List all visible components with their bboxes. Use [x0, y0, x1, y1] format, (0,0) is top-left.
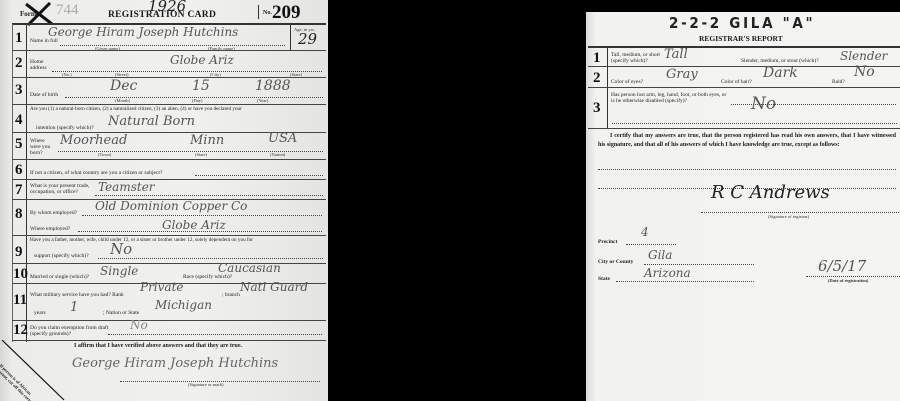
employment-place-value: Globe Ariz: [162, 218, 226, 232]
marital-status-value: Single: [100, 264, 138, 278]
registration-card: Form 744 1926 REGISTRATION CARD No. 209 …: [0, 0, 328, 401]
birth-year: 1888: [255, 78, 291, 94]
military-rank-value: Private: [140, 280, 184, 294]
report-title: REGISTRAR'S REPORT: [699, 34, 783, 43]
birthplace-town: Moorhead: [60, 133, 127, 148]
serial-number: 744: [56, 2, 79, 19]
affirmation-text: I affirm that I have verified above answ…: [74, 343, 242, 349]
name-value: George Hiram Joseph Hutchins: [48, 25, 238, 39]
state-value: Arizona: [644, 266, 691, 280]
dependents-value: No: [110, 240, 132, 258]
precinct-value: 4: [641, 225, 649, 239]
number-prefix: No.: [263, 10, 272, 16]
military-state-value: Michigan: [155, 298, 212, 312]
birth-month: Dec: [110, 78, 137, 94]
county-value: Gila: [648, 248, 672, 262]
build-value: Slender: [840, 49, 887, 63]
registration-date: 6/5/17: [818, 257, 866, 275]
citizenship-value: Natural Born: [108, 114, 195, 129]
birthplace-nation: USA: [268, 131, 297, 146]
bald-value: No: [854, 64, 875, 80]
card-title: REGISTRATION CARD: [108, 10, 216, 20]
employer-value: Old Dominion Copper Co: [95, 199, 247, 213]
height-value: Tall: [664, 47, 688, 62]
exemption-value: No: [130, 318, 148, 332]
birth-day: 15: [192, 78, 210, 94]
occupation-value: Teamster: [98, 180, 155, 194]
certification-text: I certify that my answers are true, that…: [598, 132, 896, 149]
military-years-value: 1: [70, 300, 78, 315]
home-address-value: Globe Ariz: [170, 53, 234, 67]
military-branch-value: Natl Guard: [240, 280, 308, 294]
district-stamp: 2-2-2 GILA "A": [669, 14, 815, 32]
age-value: 29: [298, 30, 317, 48]
registrars-report-card: 2-2-2 GILA "A" REGISTRAR'S REPORT 1 Tall…: [586, 12, 900, 401]
birthplace-state: Minn: [190, 133, 224, 148]
card-number: 209: [272, 2, 301, 24]
registrar-signature: R C Andrews: [711, 182, 830, 203]
registrant-signature: George Hiram Joseph Hutchins: [72, 356, 278, 371]
race-value: Caucasian: [218, 261, 281, 275]
hair-color-value: Dark: [763, 65, 798, 81]
eye-color-value: Gray: [666, 67, 698, 82]
